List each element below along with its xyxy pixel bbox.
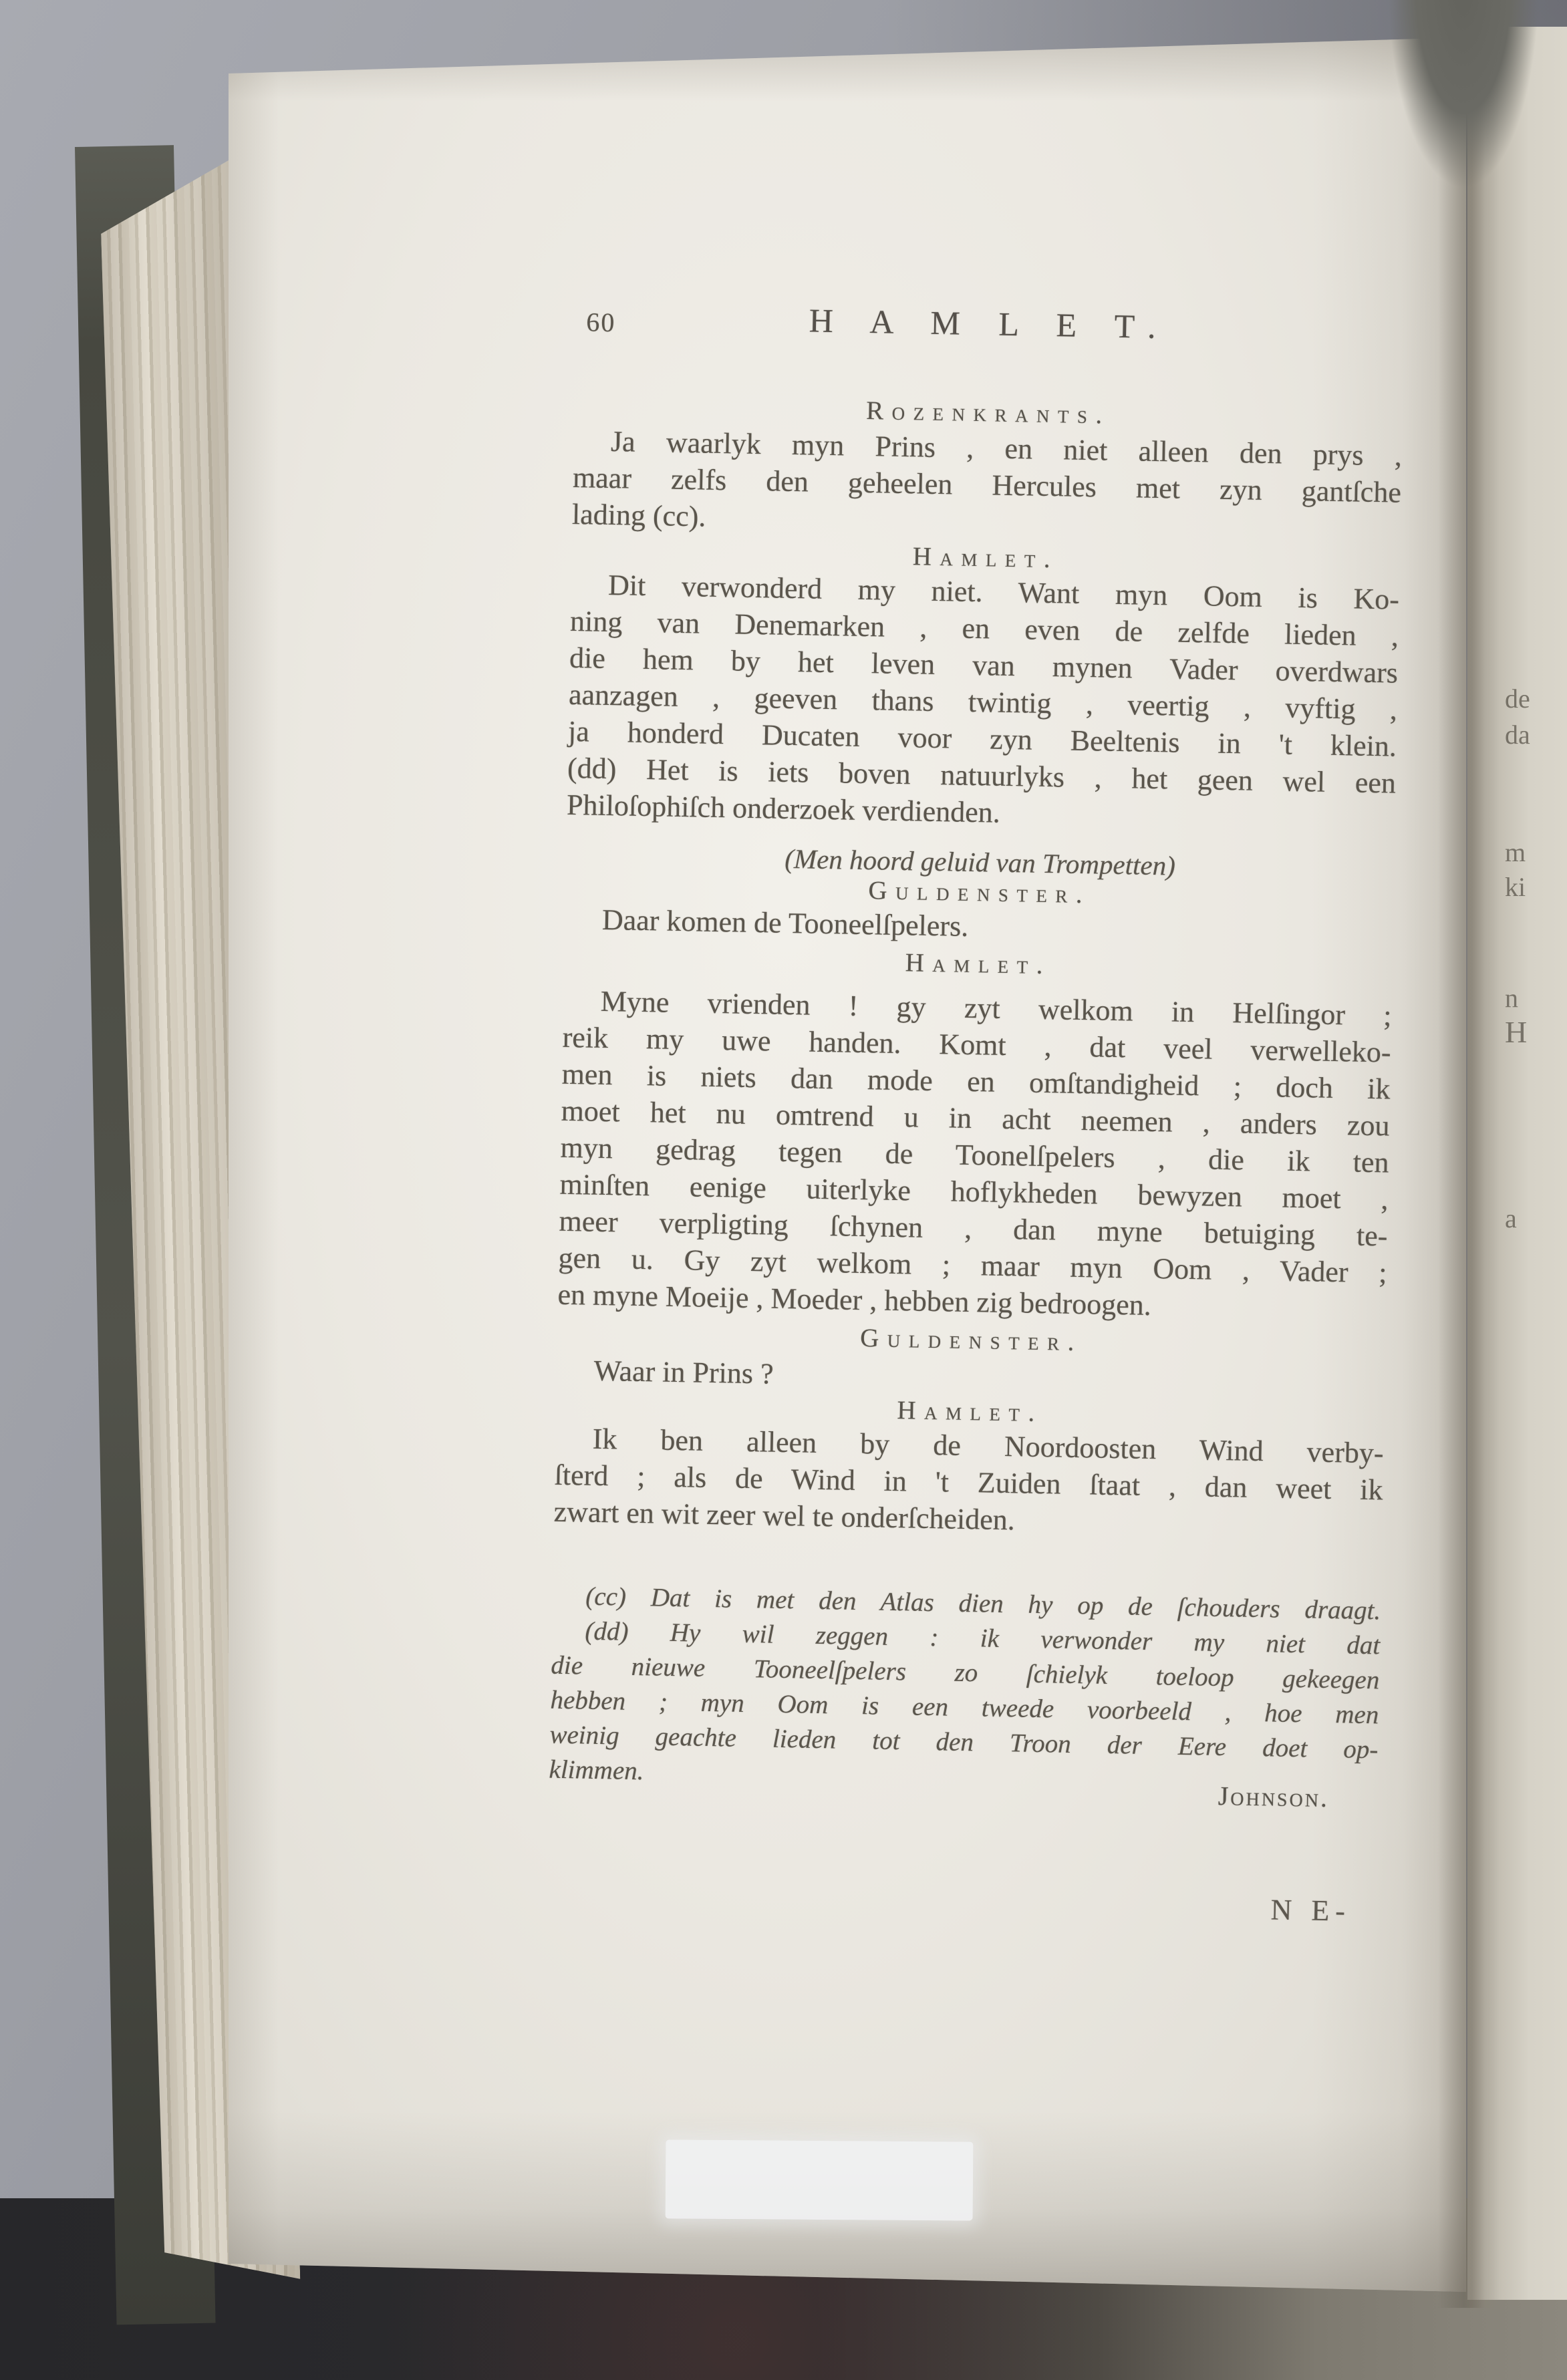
- gutter-crease-shadow: [1438, 17, 1500, 2308]
- book-photograph: dedamkinHa 60 H A M L E T. Rozenkrants.J…: [0, 0, 1567, 2380]
- page-number: 60: [586, 303, 616, 341]
- gutter-top-shadow: [1363, 0, 1564, 307]
- page-text: Rozenkrants.Ja waarlyk myn Prins , en ni…: [549, 390, 1403, 1802]
- glare-reflection: [666, 2139, 974, 2220]
- text-column: 60 H A M L E T. Rozenkrants.Ja waarlyk m…: [547, 298, 1405, 1930]
